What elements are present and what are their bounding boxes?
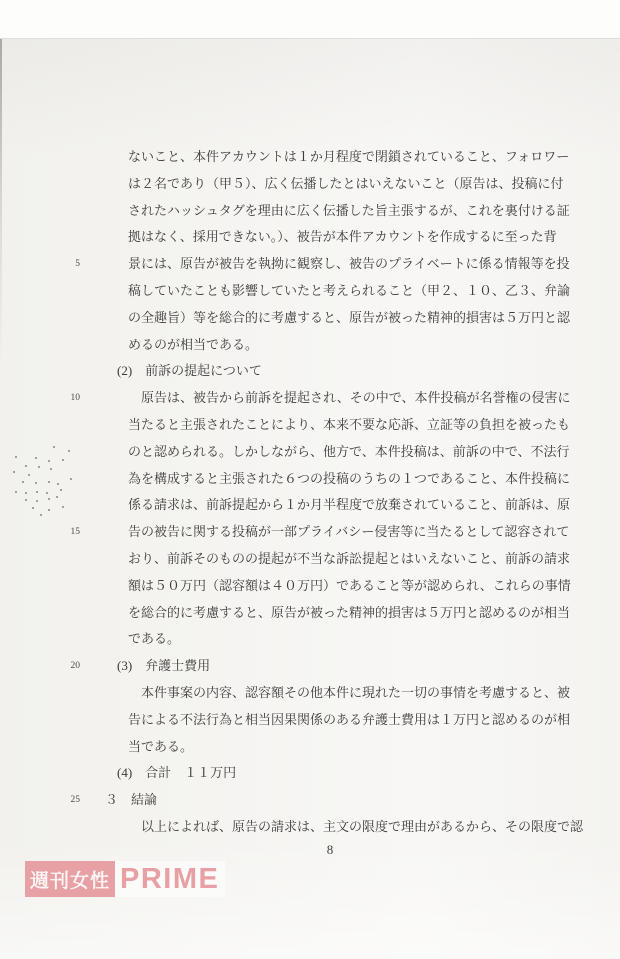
text-line: めるのが相当である。 [128,332,587,359]
speckle-dot [50,468,52,470]
speckle-dot [62,506,64,508]
watermark-prime-text: PRIME [120,861,219,897]
text-line: のと認められる。しかしながら、他方で、本件投稿は、前訴の中で、不法行 [128,439,587,466]
text-line: 以上によれば、原告の請求は、主文の限度で理由があるから、その限度で認 [128,814,587,841]
text-line: 本件事案の内容、認容額その他本件に現れた一切の事情を考慮すると、被 [128,680,587,707]
text-line: 景には、原告が被告を執拗に観察し、被告のプライベートに係る情報等を投 [128,251,587,278]
text-line: 告による不法行為と相当因果関係のある弁護士費用は１万円と認めるのが相 [128,707,587,734]
speckle-dot [13,471,15,473]
text-line: 係る請求は、前訴提起から１か月半程度で放棄されていること、前訴は、原 [128,492,587,519]
text-line: (3) 弁護士費用 [117,653,587,680]
line-number-marker: 15 [46,527,80,537]
text-line: 拠はなく、採用できない。）、被告が本件アカウントを作成するに至った背 [128,224,587,251]
speckle-dot [40,514,42,516]
speckle-dot [68,450,70,452]
speckle-dot [48,498,50,500]
speckle-dot [28,474,30,476]
speckle-dot [48,460,50,462]
speckle-dot [38,466,40,468]
scan-edge-artifact [0,39,2,369]
watermark-logo-box: 週刊女性 [25,861,115,897]
text-line: (2) 前訴の提起について [117,358,587,385]
speckle-dot [46,492,48,494]
speckle-dot [57,483,59,485]
speckle-dot [25,499,27,501]
speckle-dot [36,500,38,502]
text-line: である。 [128,626,587,653]
text-line: を総合的に考慮すると、原告が被った精神的損害は５万円と認めるのが相当 [128,600,587,627]
text-line: は２名であり（甲５）、広く伝播したとはいえないこと（原告は、投稿に付 [128,171,587,198]
text-line: ないこと、本件アカウントは１か月程度で閉鎖されていること、フォロワー [128,144,587,171]
speckle-dot [35,482,37,484]
speckle-dot [48,509,50,511]
text-line: 当たると主張されたことにより、本来不要な応訴、立証等の負担を被ったも [128,412,587,439]
text-line: 為を構成すると主張された６つの投稿のうちの１つであること、本件投稿に [128,466,587,493]
speckle-dot [25,465,27,467]
speckle-dot [22,481,24,483]
text-line: (4) 合計 １１万円 [117,760,587,787]
text-line: 額は５０万円（認容額は４０万円）であること等が認められ、これらの事情 [128,573,587,600]
line-number-marker: 25 [46,795,80,805]
line-number-marker: 10 [46,393,80,403]
text-line: の全趣旨）等を総合的に考慮すると、原告が被った精神的損害は５万円と認 [128,305,587,332]
speckle-dot [56,496,58,498]
speckle-dot [32,507,34,509]
speckle-dot [53,446,55,448]
speckle-dot [48,481,50,483]
line-number-marker: 5 [46,259,80,269]
paper: 510152025 ないこと、本件アカウントは１か月程度で閉鎖されていること、フ… [0,39,620,959]
text-line: されたハッシュタグを理由に広く伝播した旨主張するが、これを裏付ける証 [128,198,587,225]
speckle-dot [36,491,38,493]
text-line: 告の被告に関する投稿が一部プライバシー侵害等に当たるとして認容されて [128,519,587,546]
document-body: ないこと、本件アカウントは１か月程度で閉鎖されていること、フォロワーは２名であり… [117,144,587,841]
speckle-dot [15,456,17,458]
shukan-josei-prime-watermark: 週刊女性 PRIME [25,861,225,897]
speckle-dot [60,489,62,491]
scan-background-top [0,0,620,39]
line-number-marker: 20 [46,661,80,671]
speckle-dot [70,478,72,480]
text-line: おり、前訴そのものの提起が不当な訴訟提起とはいえないこと、前訴の請求 [128,546,587,573]
watermark-box-text: 週刊女性 [30,866,110,893]
page-number: 8 [300,842,360,858]
text-line: ３ 結論 [105,787,587,814]
speckle-dot [15,491,17,493]
text-line: 当である。 [128,734,587,761]
text-line: 稿していたことも影響していたと考えられること（甲２、１０、乙３、弁論 [128,278,587,305]
scanned-document-page: 510152025 ないこと、本件アカウントは１か月程度で閉鎖されていること、フ… [0,0,620,959]
speckle-dot [35,457,37,459]
speckle-dot [25,492,27,494]
speckle-dot [62,459,64,461]
text-line: 原告は、被告から前訴を提起され、その中で、本件投稿が名誉権の侵害に [128,385,587,412]
